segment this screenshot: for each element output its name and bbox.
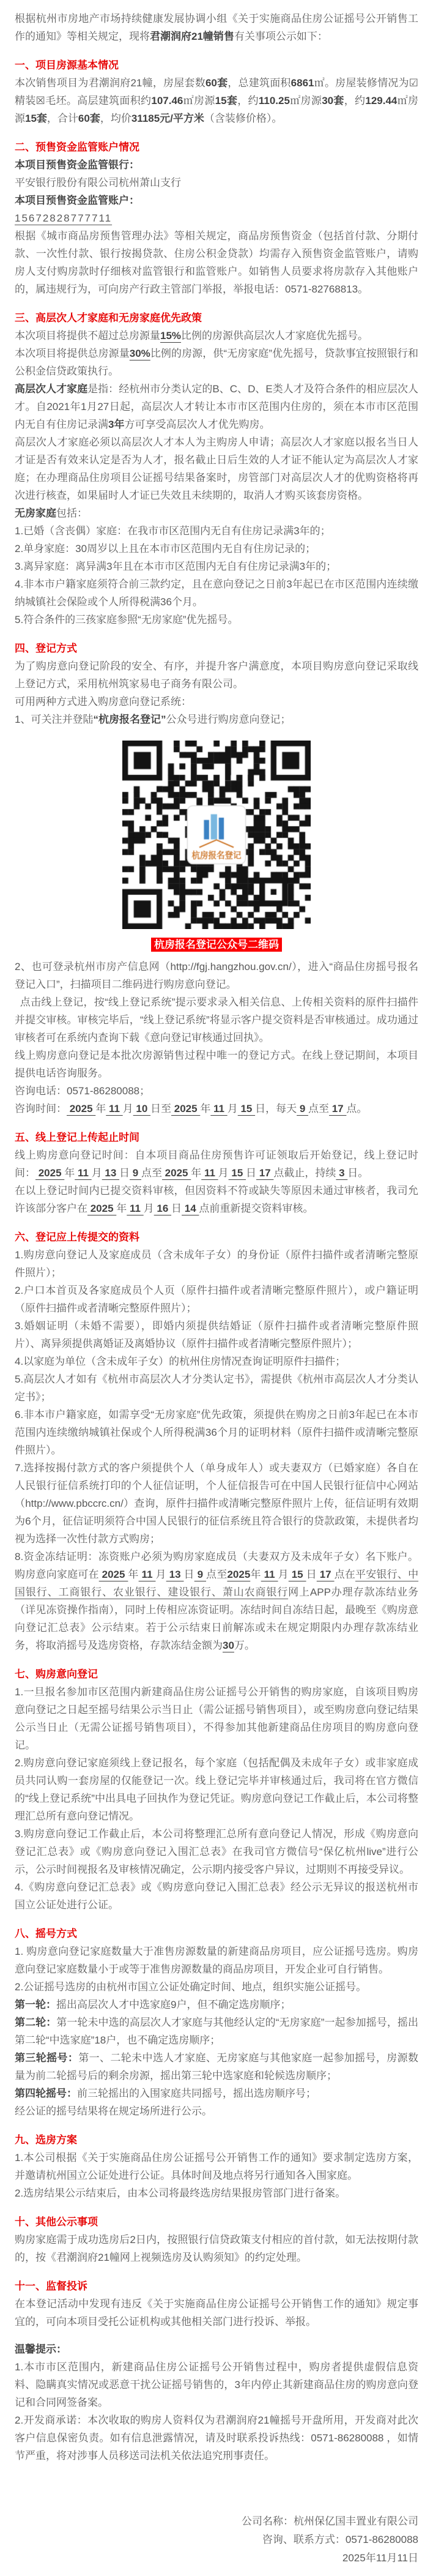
text-run: 咨询、联系方式：0571-86280088 [262,2534,418,2545]
paragraph: 2、也可登录杭州市房产信息网（http://fgj.hangzhou.gov.c… [15,958,418,993]
text-run: 一、项目房源基本情况 [15,59,119,71]
footer-company-name: 公司名称：杭州保亿国丰置业有限公司 [15,2512,418,2531]
text-run: 1.一旦报名参加市区范围内新建商品住房公证摇号公开销售的购房家庭，自该项目购房意… [15,1686,418,1751]
text-run: 月 [228,1103,238,1114]
paragraph: 点击线上登记，按“线上登记系统”提示要求录入相关信息、上传相关资料的原件扫描件并… [15,993,418,1047]
text-run: 日。 [347,1167,368,1179]
text-run: 5.高层次人才如有《杭州市高层次人才分类认定书》，需提供《杭州市高层次人才分类认… [15,1373,418,1403]
paragraph: 平安银行股份有限公司杭州萧山支行 [15,174,418,192]
text-run: 线上购房意向登记是本批次房源销售过程中唯一的登记方式。在线上登记期间，本项目提供… [15,1050,418,1079]
text-run: 本次项目将提供不超过总房源量 [15,330,160,342]
text-run: 月 [278,1569,289,1580]
text-run: 11 [106,1103,122,1114]
paragraph: 线上购房意向登记是本批次房源销售过程中唯一的登记方式。在线上登记期间，本项目提供… [15,1047,418,1082]
text-run: 点击线上登记，按“线上登记系统”提示要求录入相关信息、上传相关资料的原件扫描件并… [15,996,418,1043]
section-heading: 十、其他公示事项 [15,2213,418,2231]
text-run: 11 [75,1167,91,1179]
text-run: 11 [261,1569,278,1580]
text-run: 2.开发商承诺：本次收取的购房人资料仅为君潮润府21幢摇号开盘所用，开发商对此次… [15,2414,418,2462]
qr-wrap [15,741,418,935]
paragraph: 咨询电话：0571-86280088； [15,1082,418,1100]
text-run: 经公证的摇号结果将在规定场所进行公示。 [15,2105,212,2117]
paragraph: 1.本公司根据《关于实施商品住房公证摇号公开销售工作的通知》要求制定选房方案，并… [15,2149,418,2184]
paragraph: 购房家庭需于成功选房后2日内，按照银行信贷政策支付相应的首付款，如无法按期付款的… [15,2231,418,2266]
text-run: 2025 [87,1203,116,1214]
text-run: 3.离异家庭：离异满3年且在本市市区范围内无自有住房记录满3年的； [15,561,336,572]
text-run: 八、摇号方式 [15,1928,77,1939]
text-run: 2025 [35,1167,64,1179]
text-run: 摇出高层次人才中选家庭9户，但不确定选房顺序； [56,1999,291,2010]
text-run: 第一轮未中选的高层次人才家庭与其他经认定的“无房家庭”一起参加摇号，摇出第二轮“… [15,2017,418,2046]
text-run: 5.符合条件的三孩家庭参照“无房家庭”优先摇号。 [15,614,239,625]
paragraph: 咨询时间： 2025 年 11 月 10 日至 2025 年 11 月 15 日… [15,1100,418,1118]
announcement-document: 根据杭州市房地产市场持续健康发展协调小组《关于实施商品住房公证摇号公开销售工作的… [0,0,433,2576]
text-run: 日 [306,1569,317,1580]
text-run: 月 [92,1167,102,1179]
text-run: 2.购房意向登记家庭须线上登记报名，每个家庭（包括配偶及未成年子女）或非家庭成员… [15,1757,418,1822]
paragraph: 4.以家庭为单位（含未成年子女）的杭州住房情况查询证明原件扫描件； [15,1353,418,1370]
paragraph: 为了购房意向登记阶段的安全、有序，并提升客户满意度，本项目购房意向登记采取线上登… [15,657,418,693]
text-run: 本项目预售资金监管银行： [15,159,139,171]
text-run: 15 [238,1103,255,1114]
text-run: 第三轮摇号： [15,2052,78,2064]
paragraph: 线上购房意向登记时间：自本项目商品住房预售许可证领取后开始登记，线上登记时间： … [15,1146,418,1182]
paragraph: 根据杭州市房地产市场持续健康发展协调小组《关于实施商品住房公证摇号公开销售工作的… [15,10,418,45]
paragraph: 高层次人才家庭是指：经杭州市分类认定的B、C、D、E类人才及符合条件的相应层次人… [15,380,418,433]
paragraph: 1、可关注并登陆“杭房报名登记”公众号进行购房意向登记； [15,711,418,728]
text-run: 110.25 [259,95,290,106]
paragraph: 本次项目将提供不超过总房源量15%比例的房源供高层次人才家庭优先摇号。 [15,327,418,345]
text-run: 9 [130,1167,141,1179]
text-run: 15套 [215,95,238,106]
text-run: 本项目预售资金监管账户： [15,195,139,206]
paragraph: 本项目预售资金监管银行： [15,156,418,174]
text-run: 日 [119,1167,130,1179]
text-run: 日至 [150,1103,171,1114]
text-run: 五、线上登记上传起止时间 [15,1132,139,1143]
paragraph: 6.非本市户籍家庭，如需享受“无房家庭”优先政策，须提供在购房之日前3年起已在本… [15,1406,418,1459]
text-run: 30套 [322,95,344,106]
text-run: 9 [297,1103,308,1114]
paragraph: 2.开发商承诺：本次收取的购房人资料仅为君潮润府21幢摇号开盘所用，开发商对此次… [15,2411,418,2465]
section-heading: 八、摇号方式 [15,1925,418,1943]
text-run: 11 [210,1103,227,1114]
text-run: 四、登记方式 [15,643,77,654]
text-run: 年 [250,1569,261,1580]
document-body: 根据杭州市房地产市场持续健康发展协调小组《关于实施商品住房公证摇号公开销售工作的… [15,10,418,2567]
text-run: 点在 [335,1569,355,1580]
section-heading: 七、购房意向登记 [15,1665,418,1683]
text-run: 前三轮摇出的入围家庭共同摇号，摇出选房顺序号； [77,2088,316,2099]
text-run: 点至 [141,1167,162,1179]
text-run: 第一轮： [15,1999,56,2010]
text-run: ，合计 [47,113,78,124]
text-run: 公众号进行购房意向登记； [166,714,291,725]
text-run: 九、选房方案 [15,2134,77,2146]
section-heading: 一、项目房源基本情况 [15,56,418,74]
text-run: 年 [128,1569,138,1580]
paragraph: 3.购房意向登记工作截止后，本公司将整理汇总所有意向登记人情况，形成《购房意向登… [15,1825,418,1878]
paragraph: 5.高层次人才如有《杭州市高层次人才分类认定书》，需提供《杭州市高层次人才分类认… [15,1370,418,1406]
text-run: 平安银行股份有限公司杭州萧山支行 [15,177,181,189]
text-run: 15套 [25,113,47,124]
paragraph: 在本登记活动中发现有违反《关于实施商品住房公证摇号公开销售工作的通知》规定事宜的… [15,2295,418,2331]
text-run: 月 [144,1203,154,1214]
text-run: 咨询电话：0571-86280088； [15,1085,150,1097]
text-run: ，均价 [100,113,131,124]
text-run: 1.已婚（含丧偶）家庭：在我市市区范围内无自有住房记录满3年的； [15,525,331,537]
text-run: 15 [289,1569,306,1580]
text-run: 10 [133,1103,150,1114]
text-run: 第二轮： [15,2017,56,2028]
text-run: 17 [329,1103,346,1114]
paragraph: 1. 购房意向登记家庭数量大于准售房源数量的新建商品房项目，应公证摇号选房。购房… [15,1943,418,1978]
text-run: 公司名称：杭州保亿国丰置业有限公司 [242,2515,418,2527]
text-run: 1.本公司根据《关于实施商品住房公证摇号公开销售工作的通知》要求制定选房方案，并… [15,2152,418,2181]
text-run: 年 [191,1167,201,1179]
text-run: 二、预售资金监管账户情况 [15,141,139,153]
text-run: 本次销售项目为君潮润府21幢，房屋套数 [15,77,205,89]
text-run: 15% [160,330,181,342]
text-run: 1. 购房意向登记家庭数量大于准售房源数量的新建商品房项目，应公证摇号选房。购房… [15,1946,418,1975]
text-run: 无房家庭 [15,507,56,519]
text-run: 七、购房意向登记 [15,1668,98,1680]
text-run: 3年 [108,419,124,430]
text-run: 可用两种方式进入购房意向登记系统： [15,696,191,707]
text-run: 有关事项公示如下： [234,31,328,42]
paragraph: 2.户口本首页及各家庭成员个人页（原件扫描件或者清晰完整原件照片），或户籍证明（… [15,1282,418,1317]
text-run: “杭房报名登记” [93,714,166,725]
text-run: 根据《城市商品房预售管理办法》等相关规定，商品房预售资金（包括首付款、分期付款、… [15,230,418,295]
text-run: 方可享受高层次人才优先购房。 [124,419,270,430]
paragraph: 在以上登记时间内已提交资料审核，但因资料不符或缺失等原因未通过审核者，我司允许该… [15,1182,418,1217]
section-heading: 六、登记应上传提交的资料 [15,1228,418,1246]
text-run: ㎡房源 [183,95,215,106]
text-run: 点至 [206,1569,227,1580]
text-run: 31185元/平方米 [131,113,204,124]
text-run: 6.非本市户籍家庭，如需享受“无房家庭”优先政策，须提供在购房之日前3年起已在本… [15,1409,418,1456]
paragraph: 第一轮：摇出高层次人才中选家庭9户，但不确定选房顺序； [15,1996,418,2014]
text-run: 年 [116,1203,127,1214]
text-run: 4.非本市户籍家庭须符合前三款约定，且在意向登记之日前3年起已在市区范围内连续缴… [15,578,418,608]
text-run: 包括： [56,507,87,519]
paragraph: 4.非本市户籍家庭须符合前三款约定，且在意向登记之日前3年起已在市区范围内连续缴… [15,575,418,611]
text-run: ㎡房源 [290,95,322,106]
text-run: 2.选房结果公示结束后，由本公司将最终选房结果报房管部门进行备案。 [15,2187,346,2199]
text-run: ，总建筑面积 [228,77,291,89]
paragraph: 7.选择按揭付款方式的客户须提供个人（单身成年人）或夫妻双方（已婚家庭）各自在人… [15,1459,418,1548]
text-run: 为了购房意向登记阶段的安全、有序，并提升客户满意度，本项目购房意向登记采取线上登… [15,660,418,690]
paragraph: 4.《购房意向登记汇总表》或《购房意向登记入围汇总表》经公示无异议的报送杭州市国… [15,1878,418,1914]
text-run: 16 [154,1203,171,1214]
paragraph: 经公证的摇号结果将在规定场所进行公示。 [15,2102,418,2120]
text-run: 万。 [234,1640,255,1651]
text-run: 在本登记活动中发现有违反《关于实施商品住房公证摇号公开销售工作的通知》规定事宜的… [15,2298,418,2328]
paragraph: 8.资金冻结证明：冻资账户必须为购房家庭成员（夫妻双方及未成年子女）名下账户。购… [15,1548,418,1654]
text-run: 1、可关注并登陆 [15,714,93,725]
text-run: 年 [64,1167,75,1179]
qr-caption: 杭房报名登记公众号二维码 [15,936,418,954]
paragraph: 15672828777711 [15,209,418,227]
paragraph: 无房家庭包括： [15,504,418,522]
section-heading: 四、登记方式 [15,640,418,657]
text-run: 月 [218,1167,229,1179]
text-run: 2.单身家庭：30周岁以上且在本市市区范围内无自有住房记录的； [15,543,316,554]
text-run: 月 [155,1569,166,1580]
text-run: 十一、监督投诉 [15,2280,87,2292]
paragraph: 根据《城市商品房预售管理办法》等相关规定，商品房预售资金（包括首付款、分期付款、… [15,227,418,298]
text-run: 购房家庭需于成功选房后2日内，按照银行信贷政策支付相应的首付款，如无法按期付款的… [15,2234,418,2263]
paragraph: 2.购房意向登记家庭须线上登记报名，每个家庭（包括配偶及未成年子女）或非家庭成员… [15,1754,418,1825]
text-run: 第四轮摇号： [15,2088,77,2099]
text-run: 3.购房意向登记工作截止后，本公司将整理汇总所有意向登记人情况，形成《购房意向登… [15,1828,418,1875]
text-run: 六、登记应上传提交的资料 [15,1231,139,1243]
footer-date: 2025年11月11日 [15,2549,418,2567]
text-run: 1.本市市区范围内，新建商品住房公证摇号公开销售过程中，购房者提供虚假信息资料、… [15,2361,418,2408]
text-run: 60套 [78,113,100,124]
paragraph: 1.本市市区范围内，新建商品住房公证摇号公开销售过程中，购房者提供虚假信息资料、… [15,2358,418,2411]
text-run: 温馨提示： [15,2343,67,2355]
text-run: 君潮润府21幢销售 [150,31,234,42]
text-run: 13 [102,1167,119,1179]
text-run: 9 [194,1569,206,1580]
text-run: 107.46 [151,95,183,106]
text-run: 2025 [99,1569,128,1580]
text-run: 年 [95,1103,106,1114]
paragraph: 1.购房意向登记人及家庭成员（含未成年子女）的身份证（原件扫描件或者清晰完整原件… [15,1246,418,1282]
text-run: 2、也可登录杭州市房产信息网（http://fgj.hangzhou.gov.c… [15,961,418,990]
footer-contact: 咨询、联系方式：0571-86280088 [15,2531,418,2549]
text-run: 点。 [346,1103,367,1114]
paragraph: 3.婚姻证明（未婚不需要），即婚内须提供结婚证（原件扫描件或者清晰完整原件照片）… [15,1317,418,1353]
section-heading: 五、线上登记上传起止时间 [15,1129,418,1146]
text-run: 17 [317,1569,335,1580]
qr-code-image [122,741,311,929]
text-run: 日 [171,1203,182,1214]
paragraph: 高层次人才家庭必须以高层次人才本人为主购房人申请；高层次人才家庭以报名当日人才证… [15,433,418,504]
text-run: 7.选择按揭付款方式的客户须提供个人（单身成年人）或夫妻双方（已婚家庭）各自在人… [15,1462,418,1545]
text-run: 点截止，持续 [273,1167,336,1179]
paragraph: 本项目预售资金监管账户： [15,192,418,209]
text-run: 点前重新提交资料审核。 [199,1203,313,1214]
paragraph: 1.一旦报名参加市区范围内新建商品住房公证摇号公开销售的购房家庭，自该项目购房意… [15,1683,418,1754]
text-run: 6861 [291,77,314,89]
text-run: 11 [127,1203,143,1214]
text-run: 三、高层次人才家庭和无房家庭优先政策 [15,312,202,324]
text-run: 2.户口本首页及各家庭成员个人页（原件扫描件或者清晰完整原件照片），或户籍证明（… [15,1285,418,1314]
text-run: 15 [229,1167,246,1179]
text-run: （含装修价格）。 [204,113,283,124]
text-run: 2025 [162,1167,191,1179]
text-run: 2025 [227,1569,250,1580]
text-run: 比例的房源供高层次人才家庭优先摇号。 [181,330,368,342]
text-run: 1.购房意向登记人及家庭成员（含未成年子女）的身份证（原件扫描件或者清晰完整原件… [15,1249,418,1279]
text-run: 14 [182,1203,199,1214]
text-run: 11 [201,1167,218,1179]
text-run: 点至 [308,1103,329,1114]
paragraph: 2.公证摇号选房的由杭州市国立公证处确定时间、地点，组织实施公证摇号。 [15,1978,418,1996]
section-heading: 二、预售资金监管账户情况 [15,138,418,156]
text-run: 30% [130,348,150,359]
text-run: 十、其他公示事项 [15,2216,98,2228]
paragraph: 本次销售项目为君潮润府21幢，房屋套数60套，总建筑面积6861㎡。房屋装修情况… [15,74,418,127]
text-run: 129.44 [365,95,397,106]
paragraph: 第四轮摇号：前三轮摇出的入围家庭共同摇号，摇出选房顺序号； [15,2085,418,2102]
text-run: 高层次人才家庭 [15,383,87,395]
paragraph: 5.符合条件的三孩家庭参照“无房家庭”优先摇号。 [15,611,418,629]
paragraph: 本次项目将提供总房源量30%比例的房源，供“无房家庭”优先摇号，贷款事宜按照银行… [15,345,418,380]
text-run: 日，每天 [255,1103,297,1114]
paragraph: 第二轮：第一轮未中选的高层次人才家庭与其他经认定的“无房家庭”一起参加摇号，摇出… [15,2014,418,2049]
text-run: 3.婚姻证明（未婚不需要），即婚内须提供结婚证（原件扫描件或者清晰完整原件照片）… [15,1320,418,1350]
text-run: 2025 [171,1103,200,1114]
text-run: ，约 [344,95,366,106]
paragraph: 第三轮摇号：第一、二轮未中选人才家庭、无房家庭与其他家庭一起参加摇号，房源数量为… [15,2049,418,2085]
text-run: 日 [183,1569,194,1580]
text-run: 13 [166,1569,184,1580]
text-run: 15672828777711 [15,212,112,224]
text-run: 4.以家庭为单位（含未成年子女）的杭州住房情况查询证明原件扫描件； [15,1356,346,1367]
paragraph: 1.已婚（含丧偶）家庭：在我市市区范围内无自有住房记录满3年的； [15,522,418,540]
text-run: 高层次人才家庭必须以高层次人才本人为主购房人申请；高层次人才家庭以报名当日人才证… [15,436,418,501]
text-run: 年 [200,1103,210,1114]
text-run: 30 [223,1640,234,1651]
text-run: 11 [139,1569,156,1580]
text-run: 17 [256,1167,273,1179]
text-run: 本次项目将提供总房源量 [15,348,130,359]
text-run: 60套 [205,77,228,89]
text-run: 咨询时间： [15,1103,67,1114]
paragraph: 2.单身家庭：30周岁以上且在本市市区范围内无自有住房记录的； [15,540,418,558]
text-run: 2.公证摇号选房的由杭州市国立公证处确定时间、地点，组织实施公证摇号。 [15,1981,366,1993]
paragraph: 温馨提示： [15,2340,418,2358]
text-run: 2025年11月11日 [342,2552,418,2564]
text-run: 2025 [67,1103,95,1114]
section-heading: 三、高层次人才家庭和无房家庭优先政策 [15,309,418,327]
section-heading: 十一、监督投诉 [15,2277,418,2295]
text-run: ，约 [237,95,259,106]
section-heading: 九、选房方案 [15,2131,418,2149]
paragraph: 2.选房结果公示结束后，由本公司将最终选房结果报房管部门进行备案。 [15,2184,418,2202]
text-run: 月 [123,1103,133,1114]
qr-caption-label: 杭房报名登记公众号二维码 [151,938,282,952]
text-run: 日 [246,1167,256,1179]
paragraph: 3.离异家庭：离异满3年且在本市市区范围内无自有住房记录满3年的； [15,558,418,575]
text-run: 4.《购房意向登记汇总表》或《购房意向登记入围汇总表》经公示无异议的报送杭州市国… [15,1881,418,1911]
text-run: 3 [336,1167,347,1179]
paragraph: 可用两种方式进入购房意向登记系统： [15,693,418,711]
